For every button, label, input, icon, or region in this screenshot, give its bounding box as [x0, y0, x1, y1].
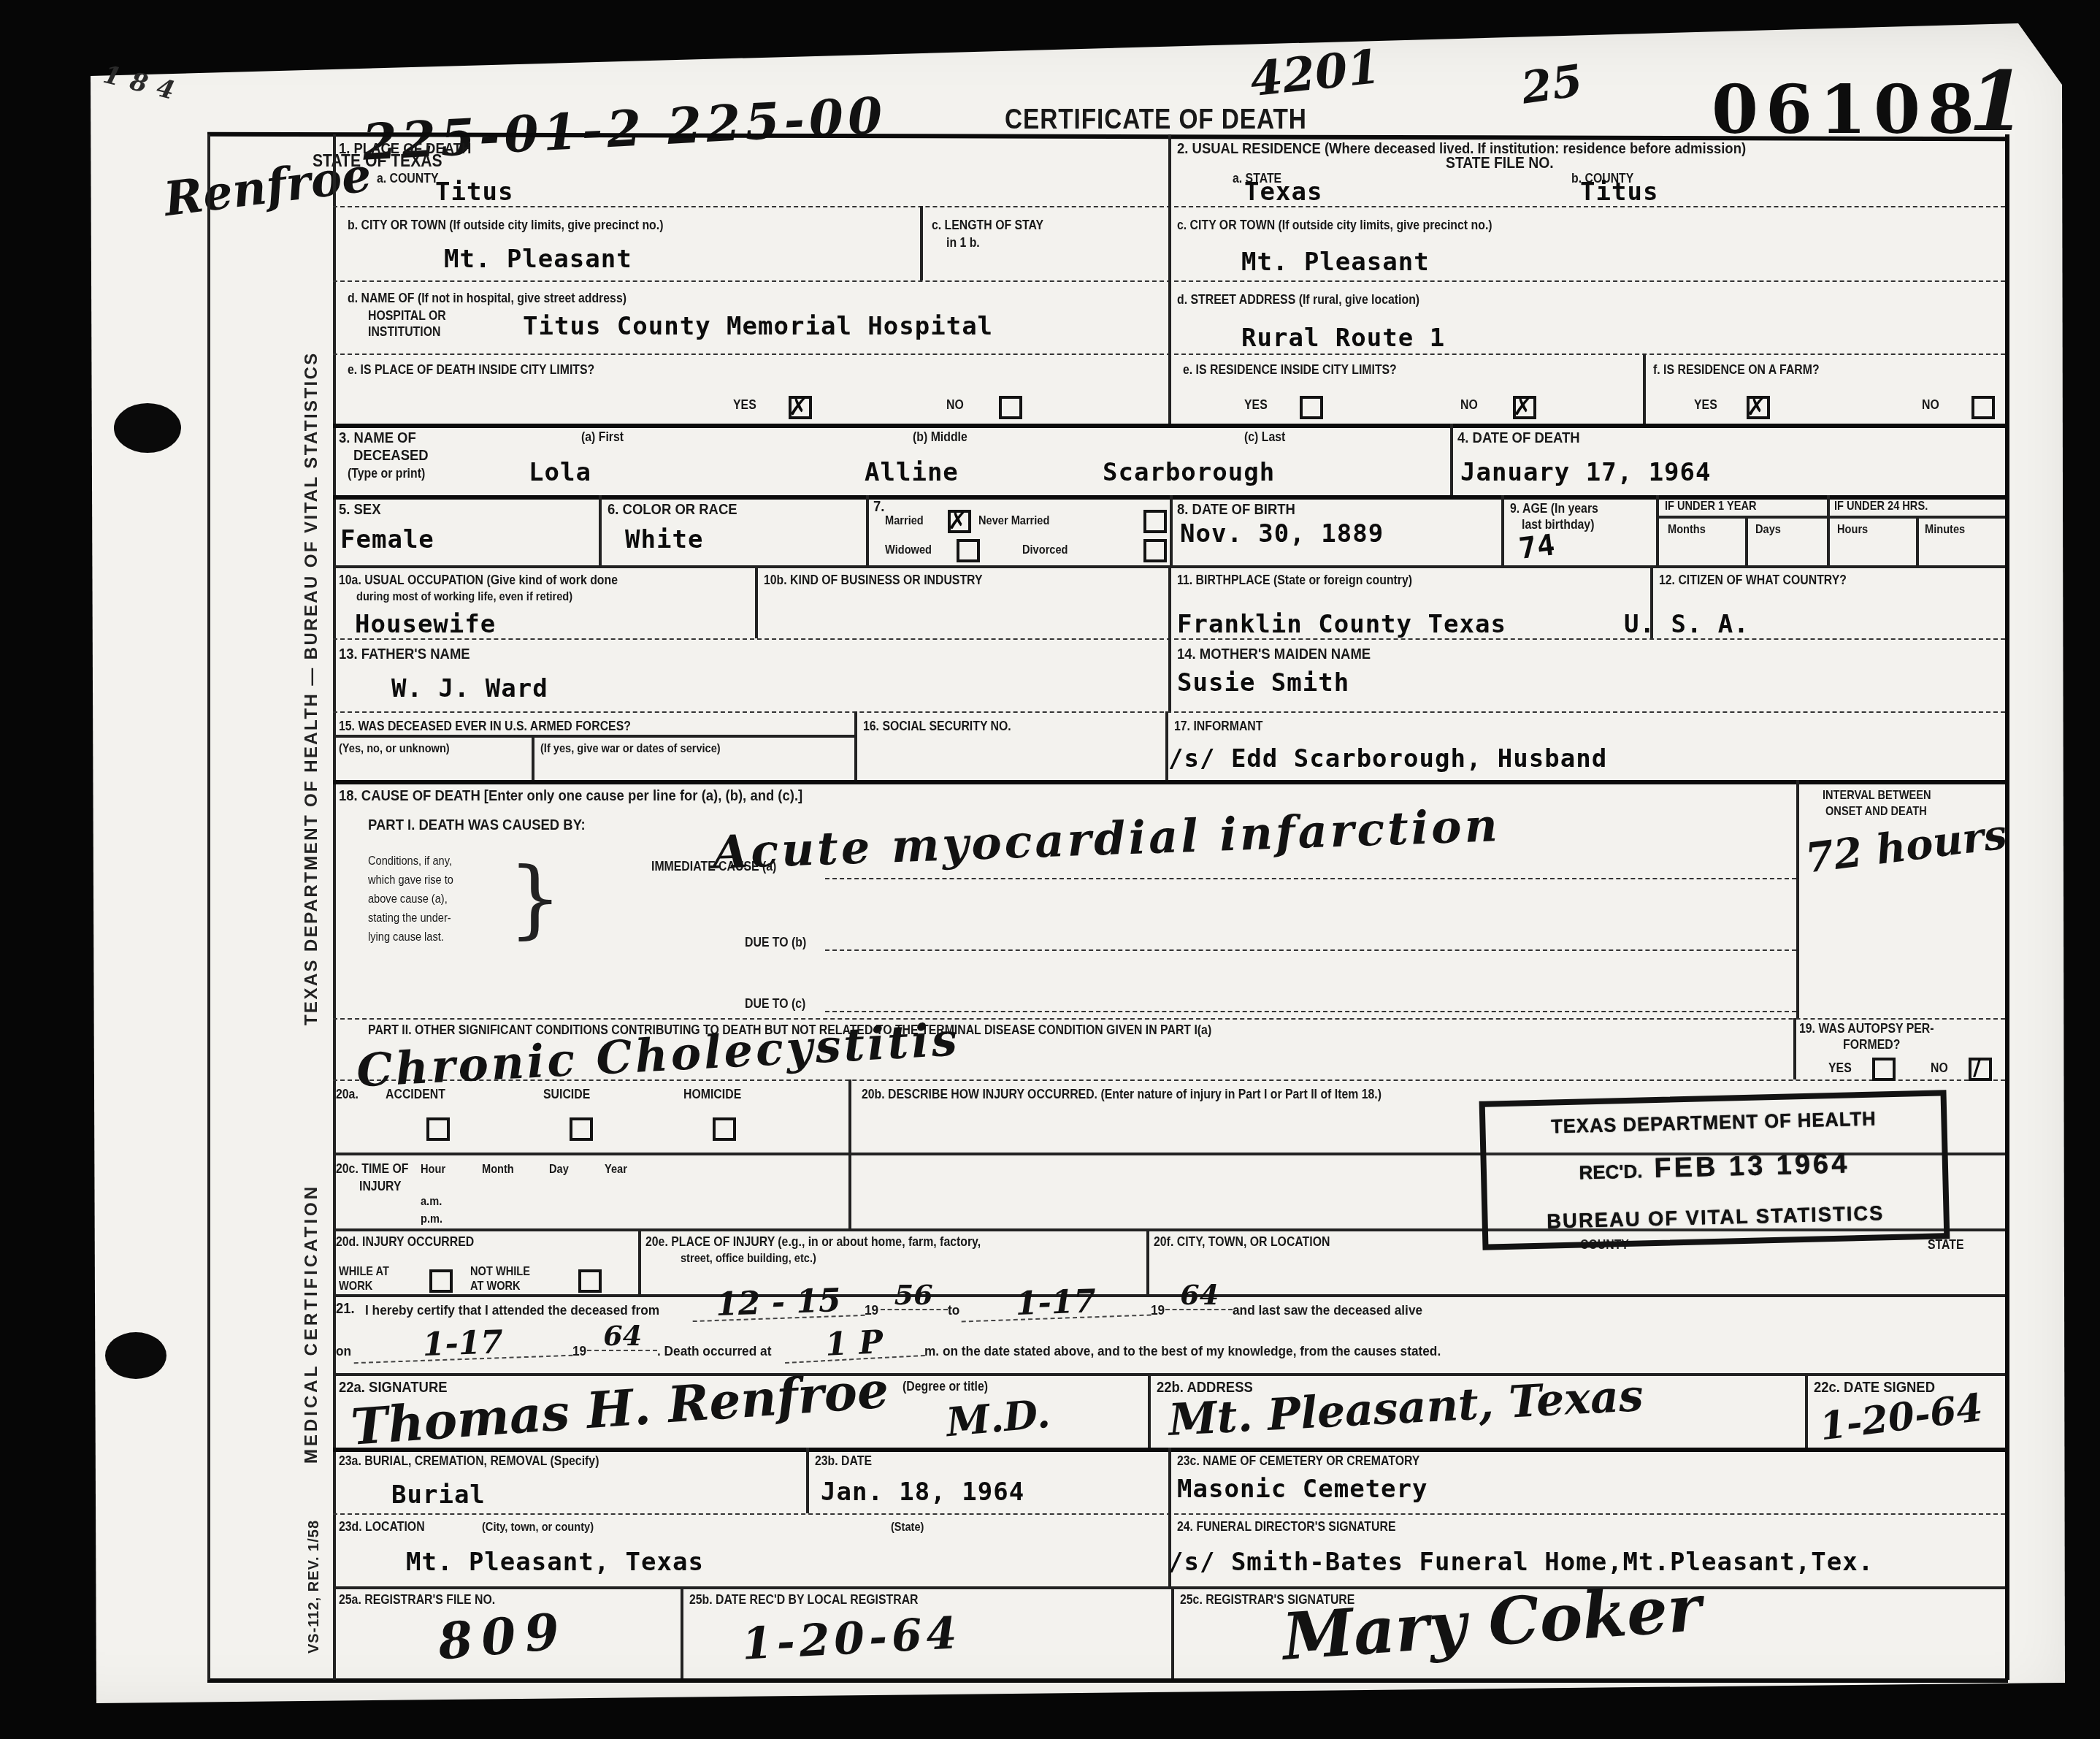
field-1b-value: Mt. Pleasant: [444, 248, 632, 273]
field-1a-label: a. COUNTY: [377, 171, 439, 186]
stamp-date: FEB 13 1964: [1654, 1150, 1850, 1187]
field-19-yes-checkbox: [1872, 1058, 1896, 1081]
rule: [854, 711, 857, 780]
field-1d-value: Titus County Memorial Hospital: [523, 316, 993, 340]
field-3-header3: (Type or print): [348, 466, 425, 481]
field-2c-value: Mt. Pleasant: [1241, 251, 1430, 276]
stamp-line-3: BUREAU OF VITAL STATISTICS: [1547, 1201, 1885, 1233]
rule: [1148, 1373, 1150, 1448]
rule: [1796, 780, 1798, 1018]
field-19-no-checkbox: [1969, 1058, 1992, 1081]
rule: [333, 1373, 2005, 1375]
certify-to: to: [947, 1302, 959, 1318]
field-2d-label: d. STREET ADDRESS (If rural, give locati…: [1177, 292, 1419, 307]
rule: [755, 565, 757, 638]
rule: [333, 711, 2005, 713]
death-time-value: 1 P: [784, 1329, 926, 1363]
field-7-label: 7.: [873, 498, 884, 516]
rule: [1170, 495, 1172, 565]
field-23a-label: 23a. BURIAL, CREMATION, REMOVAL (Specify…: [339, 1453, 599, 1469]
interval-label-2: ONSET AND DEATH: [1825, 805, 1927, 819]
due-to-b-label: DUE TO (b): [745, 935, 806, 950]
field-7-widowed-checkbox: [957, 539, 980, 562]
rule: [1805, 1373, 1807, 1448]
field-19-no-label: NO: [1931, 1060, 1948, 1076]
field-7-never-married-checkbox: [1143, 510, 1167, 533]
field-14-value: Susie Smith: [1177, 672, 1349, 697]
field-2f-no-checkbox: [1971, 396, 1995, 419]
rule: [1793, 1018, 1796, 1079]
last-seen-year: 64: [588, 1327, 658, 1350]
field-10a-label2: during most of working life, even if ret…: [356, 590, 572, 605]
field-20f-label: 20f. CITY, TOWN, OR LOCATION: [1154, 1234, 1330, 1250]
field-1c-label: c. LENGTH OF STAY: [932, 218, 1043, 233]
field-2f-no-label: NO: [1922, 397, 1939, 413]
certify-text-4: m. on the date stated above, and to the …: [925, 1343, 1441, 1359]
homicide-label: HOMICIDE: [683, 1087, 741, 1102]
interval-label-1: INTERVAL BETWEEN: [1823, 789, 1931, 803]
field-7-divorced-label: Divorced: [1022, 543, 1068, 558]
while-at-work-label: WHILE AT: [339, 1265, 389, 1280]
am-label: a.m.: [421, 1195, 442, 1209]
field-24-label: 24. FUNERAL DIRECTOR'S SIGNATURE: [1177, 1519, 1396, 1534]
field-2f-yes-label: YES: [1694, 397, 1717, 413]
month-label: Month: [482, 1163, 514, 1177]
if-under-24-hrs-label: IF UNDER 24 HRS.: [1834, 500, 1928, 514]
field-6-label: 6. COLOR OR RACE: [608, 501, 737, 519]
field-1c-label2: in 1 b.: [946, 235, 980, 251]
field-17-value: /s/ Edd Scarborough, Husband: [1168, 748, 1607, 773]
brace: }: [508, 856, 562, 941]
field-3a-value: Lola: [529, 462, 591, 486]
field-13-value: W. J. Ward: [391, 678, 548, 703]
field-11-label: 11. BIRTHPLACE (State or foreign country…: [1177, 573, 1412, 588]
rule: [1168, 134, 1170, 424]
field-23b-label: 23b. DATE: [815, 1453, 872, 1469]
field-20e-label: 20e. PLACE OF INJURY (e.g., in or about …: [645, 1234, 981, 1250]
field-23c-label: 23c. NAME OF CEMETERY OR CREMATORY: [1177, 1453, 1419, 1469]
handwritten-number-4201: 4201: [1248, 43, 1382, 103]
field-25b-value: 1-20-64: [741, 1613, 962, 1668]
certify-text-3: . Death occurred at: [658, 1343, 772, 1359]
year-label: Year: [605, 1163, 627, 1177]
certify-19a: 19: [865, 1302, 878, 1318]
field-4-label: 4. DATE OF DEATH: [1457, 429, 1580, 448]
rule: [599, 495, 601, 565]
rule: [1827, 495, 1829, 565]
field-10b-label: 10b. KIND OF BUSINESS OR INDUSTRY: [764, 573, 983, 588]
scanned-death-certificate: 184 Renfroe TEXAS DEPARTMENT OF HEALTH —…: [0, 0, 2100, 1739]
stamp-line-1: TEXAS DEPARTMENT OF HEALTH: [1550, 1107, 1876, 1137]
attended-to-year: 64: [1166, 1286, 1233, 1310]
not-while-at-work-checkbox: [578, 1269, 602, 1293]
margin-dept-label: TEXAS DEPARTMENT OF HEALTH — BUREAU OF V…: [301, 351, 321, 1025]
not-while-at-work-label: NOT WHILE: [470, 1265, 530, 1280]
attended-from-year: 56: [880, 1286, 947, 1310]
punch-hole: [105, 1332, 166, 1379]
rule: [1146, 1228, 1149, 1294]
field-3c-label: (c) Last: [1244, 429, 1285, 445]
field-25a-label: 25a. REGISTRAR'S FILE NO.: [339, 1592, 495, 1608]
field-2e-yes-label: YES: [1244, 397, 1268, 413]
field-2b-value: Titus: [1580, 181, 1658, 206]
field-23d-label: 23d. LOCATION: [339, 1519, 425, 1534]
received-stamp: TEXAS DEPARTMENT OF HEALTH REC'D. FEB 13…: [1479, 1090, 1950, 1250]
field-19-label: 19. WAS AUTOPSY PER-: [1799, 1021, 1934, 1036]
certify-19b: 19: [1150, 1302, 1164, 1318]
conditions-note-5: lying cause last.: [368, 930, 444, 945]
rule: [806, 1448, 808, 1513]
rule: [1656, 516, 2005, 518]
field-17-label: 17. INFORMANT: [1174, 719, 1262, 734]
field-9-label: 9. AGE (In years: [1510, 501, 1598, 516]
rule: [638, 1228, 640, 1294]
field-6-value: White: [625, 529, 703, 554]
field-16-label: 16. SOCIAL SECURITY NO.: [863, 719, 1011, 734]
rule: [333, 424, 2005, 429]
days-label: Days: [1755, 523, 1781, 538]
certificate-title: CERTIFICATE OF DEATH: [1005, 105, 1307, 138]
field-1d-label: d. NAME OF (If not in hospital, give str…: [348, 291, 626, 306]
field-20c-label2: INJURY: [359, 1179, 402, 1194]
rule: [1916, 516, 1918, 565]
field-1d-label2: HOSPITAL OR: [368, 308, 446, 324]
rule: [532, 735, 534, 780]
field-5-label: 5. SEX: [339, 501, 381, 519]
field-7-never-married-label: Never Married: [978, 514, 1049, 529]
field-20b-label: 20b. DESCRIBE HOW INJURY OCCURRED. (Ente…: [862, 1087, 1382, 1102]
rule: [333, 1018, 2005, 1020]
field-13-label: 13. FATHER'S NAME: [339, 646, 470, 664]
last-seen-date: 1-17: [353, 1329, 572, 1364]
field-3b-label: (b) Middle: [913, 429, 967, 445]
field-7-married-label: Married: [885, 514, 924, 529]
while-at-work-checkbox: [429, 1269, 453, 1293]
field-2e-no-checkbox: [1513, 396, 1536, 419]
field-14-label: 14. MOTHER'S MAIDEN NAME: [1177, 646, 1371, 664]
due-to-c-label: DUE TO (c): [745, 996, 805, 1012]
rule: [1168, 565, 1170, 711]
accident-checkbox: [426, 1117, 450, 1141]
field-1b-label: b. CITY OR TOWN (If outside city limits,…: [348, 218, 663, 233]
physician-degree: M.D.: [945, 1395, 1051, 1443]
field-23c-value: Masonic Cemetery: [1177, 1478, 1428, 1503]
rule: [825, 878, 1796, 879]
field-23b-value: Jan. 18, 1964: [821, 1481, 1024, 1506]
field-24-value: /s/ Smith-Bates Funeral Home,Mt.Pleasant…: [1168, 1551, 1874, 1576]
rule: [333, 735, 854, 737]
conditions-note-4: stating the under-: [368, 911, 451, 926]
conditions-note-2: which gave rise to: [368, 874, 453, 888]
field-3a-label: (a) First: [581, 429, 624, 445]
field-20e-label2: street, office building, etc.): [681, 1252, 816, 1266]
field-18-header: 18. CAUSE OF DEATH [Enter only one cause…: [339, 787, 802, 806]
field-21-label: 21.: [336, 1300, 355, 1318]
rule: [1501, 495, 1503, 565]
field-1e-no-label: NO: [946, 397, 964, 413]
field-3b-value: Alline: [865, 462, 959, 486]
field-9-value: 74: [1517, 530, 1557, 563]
field-5-value: Female: [340, 529, 434, 554]
certify-19c: 19: [572, 1343, 586, 1359]
field-10a-label: 10a. USUAL OCCUPATION (Give kind of work…: [339, 573, 618, 588]
field-2f-yes-checkbox: [1747, 396, 1770, 419]
suicide-label: SUICIDE: [543, 1087, 590, 1102]
field-15-sub2: (If yes, give war or dates of service): [540, 742, 721, 757]
field-20a-label: 20a.: [336, 1087, 359, 1102]
rule: [825, 1011, 1796, 1012]
field-8-label: 8. DATE OF BIRTH: [1177, 501, 1295, 519]
field-3c-value: Scarborough: [1103, 462, 1275, 486]
attended-from-value: 12 - 15: [691, 1288, 865, 1321]
homicide-checkbox: [713, 1117, 736, 1141]
pen-mark: 1: [1969, 61, 2026, 143]
stamp-recd-label: REC'D.: [1579, 1161, 1643, 1184]
field-2d-value: Rural Route 1: [1241, 327, 1445, 352]
field-1-header: 1. PLACE OF DEATH: [339, 140, 471, 158]
months-label: Months: [1668, 523, 1706, 538]
attended-to-value: 1-17: [960, 1288, 1151, 1321]
field-2e-no-label: NO: [1460, 397, 1478, 413]
stamp-line-2: REC'D. FEB 13 1964: [1579, 1150, 1850, 1188]
field-19-label2: FORMED?: [1843, 1037, 1900, 1052]
hours-label: Hours: [1837, 523, 1868, 538]
part1-label: PART I. DEATH WAS CAUSED BY:: [368, 817, 586, 835]
field-25a-value: 809: [436, 1607, 570, 1667]
rule: [333, 780, 2005, 785]
field-1e-label: e. IS PLACE OF DEATH INSIDE CITY LIMITS?: [348, 362, 594, 378]
field-2e-yes-checkbox: [1300, 396, 1323, 419]
field-1d-label3: INSTITUTION: [368, 324, 440, 340]
field-12-label: 12. CITIZEN OF WHAT COUNTRY?: [1659, 573, 1847, 588]
conditions-note-3: above cause (a),: [368, 893, 448, 907]
rule: [848, 1079, 851, 1228]
rule: [1745, 516, 1747, 565]
field-23d-sub1: (City, town, or county): [482, 1521, 594, 1535]
rule: [207, 1678, 2008, 1683]
rule: [825, 949, 1796, 951]
field-20c-label: 20c. TIME OF: [336, 1161, 408, 1177]
field-7-widowed-label: Widowed: [885, 543, 932, 558]
field-2a-value: Texas: [1244, 181, 1322, 206]
hour-label: Hour: [421, 1163, 445, 1177]
minutes-label: Minutes: [1925, 523, 1965, 538]
field-7-married-checkbox: [948, 510, 971, 533]
margin-medical-certification-label: MEDICAL CERTIFICATION: [301, 1184, 321, 1464]
field-15-sub1: (Yes, no, or unknown): [339, 742, 450, 757]
conditions-note-1: Conditions, if any,: [368, 855, 452, 869]
rule: [920, 206, 922, 280]
field-7-divorced-checkbox: [1143, 539, 1167, 562]
margin-form-number: VS-112, REV. 1/58: [307, 1520, 323, 1654]
field-2c-label: c. CITY OR TOWN (If outside city limits,…: [1177, 218, 1492, 233]
rule: [207, 134, 210, 1680]
day-label: Day: [549, 1163, 569, 1177]
suicide-checkbox: [570, 1117, 593, 1141]
field-11-value: Franklin County Texas: [1177, 614, 1506, 638]
field-1a-value: Titus: [435, 181, 513, 206]
accident-label: ACCIDENT: [386, 1087, 445, 1102]
field-15-label: 15. WAS DECEASED EVER IN U.S. ARMED FORC…: [339, 719, 631, 734]
rule: [1171, 1586, 1173, 1678]
certify-text-2: and last saw the deceased alive: [1233, 1302, 1423, 1318]
handwritten-number-25: 25: [1519, 60, 1585, 112]
field-25b-label: 25b. DATE REC'D BY LOCAL REGISTRAR: [689, 1592, 919, 1608]
field-23d-value: Mt. Pleasant, Texas: [406, 1551, 704, 1576]
certify-on: on: [336, 1343, 351, 1359]
field-4-value: January 17, 1964: [1460, 462, 1712, 486]
degree-or-title-label: (Degree or title): [903, 1379, 988, 1394]
rule: [1450, 424, 1452, 495]
certify-line-2: on 1-17 19 64 . Death occurred at 1 P m.…: [336, 1332, 1498, 1359]
field-23a-value: Burial: [391, 1484, 486, 1509]
rule: [1643, 353, 1645, 424]
rule: [681, 1586, 683, 1678]
field-23d-sub2: (State): [891, 1521, 924, 1535]
field-1e-yes-checkbox: [789, 396, 812, 419]
punch-hole: [114, 403, 181, 453]
field-10a-value: Housewife: [355, 614, 496, 638]
rule: [1656, 495, 1658, 565]
field-2-header: 2. USUAL RESIDENCE (Where deceased lived…: [1177, 140, 1746, 158]
if-under-1-year-label: IF UNDER 1 YEAR: [1665, 500, 1757, 514]
field-19-yes-label: YES: [1828, 1060, 1852, 1076]
rule: [866, 495, 868, 565]
field-8-value: Nov. 30, 1889: [1180, 523, 1384, 548]
field-20d-label: 20d. INJURY OCCURRED: [336, 1234, 474, 1250]
certify-text-1: I hereby certify that I attended the dec…: [365, 1302, 659, 1318]
field-3-header2: DECEASED: [353, 447, 429, 465]
field-1e-no-checkbox: [999, 396, 1022, 419]
field-12-value: U. S. A.: [1624, 614, 1750, 638]
rule: [333, 1586, 2005, 1589]
pm-label: p.m.: [421, 1212, 442, 1227]
field-2e-label: e. IS RESIDENCE INSIDE CITY LIMITS?: [1183, 362, 1397, 378]
field-2f-label: f. IS RESIDENCE ON A FARM?: [1653, 362, 1820, 378]
certify-line-1: I hereby certify that I attended the dec…: [365, 1291, 1444, 1318]
rule: [1165, 711, 1168, 780]
field-1e-yes-label: YES: [733, 397, 756, 413]
rule: [2005, 134, 2009, 1680]
field-3-header: 3. NAME OF: [339, 429, 416, 448]
state-label: STATE: [1928, 1237, 1964, 1253]
